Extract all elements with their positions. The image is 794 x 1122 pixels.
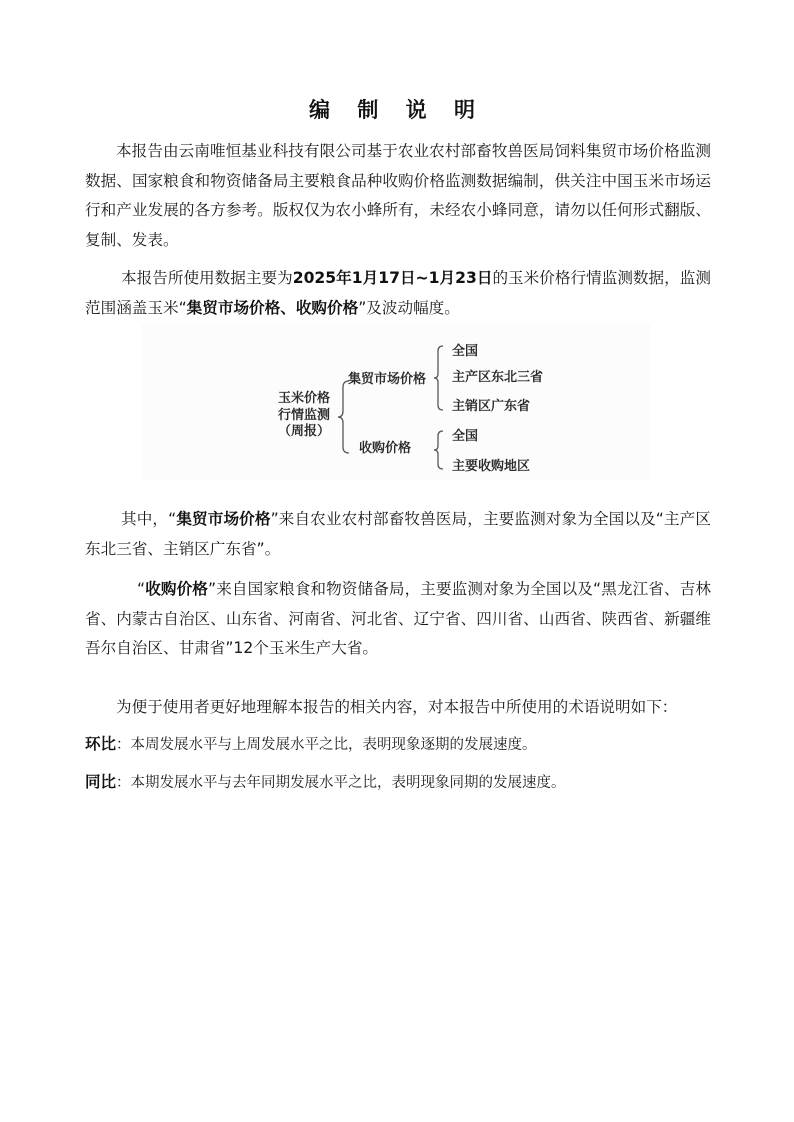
root-brace-icon bbox=[337, 380, 351, 454]
diagram-root: 玉米价格 行情监测 （周报） bbox=[271, 391, 337, 441]
scope-suffix: ”及波动幅度。 bbox=[358, 299, 460, 317]
market-source-paragraph: 其中，“集贸市场价格”来自农业农村部畜牧兽医局，主要监测对象为全国以及“主产区东… bbox=[85, 505, 711, 564]
purchase-source-bold: 收购价格 bbox=[145, 580, 208, 598]
report-page: 编 制 说 明 本报告由云南唯恒基业科技有限公司基于农业农村部畜牧兽医局饲料集贸… bbox=[0, 0, 794, 1122]
branch-purchase-price: 收购价格 bbox=[359, 441, 411, 457]
market-source-prefix: 其中，“ bbox=[121, 510, 176, 528]
intro-paragraph: 本报告由云南唯恒基业科技有限公司基于农业农村部畜牧兽医局饲料集贸市场价格监测数据… bbox=[85, 137, 711, 255]
scope-prefix: 本报告所使用数据主要为 bbox=[121, 269, 293, 287]
definition-mom: 环比：本周发展水平与上周发展水平之比，表明现象逐期的发展速度。 bbox=[85, 733, 711, 756]
diagram-root-line: （周报） bbox=[271, 424, 337, 441]
definition-text: 本周发展水平与上周发展水平之比，表明现象逐期的发展速度。 bbox=[131, 737, 537, 753]
branch-market-price: 集贸市场价格 bbox=[348, 372, 426, 388]
diagram-root-line: 行情监测 bbox=[271, 408, 337, 425]
definition-separator: ： bbox=[116, 775, 131, 791]
definition-yoy: 同比：本期发展水平与去年同期发展水平之比，表明现象同期的发展速度。 bbox=[85, 771, 711, 794]
market-source-bold: 集贸市场价格 bbox=[176, 510, 270, 528]
terms-intro-paragraph: 为便于使用者更好地理解本报告的相关内容，对本报告中所使用的术语说明如下： bbox=[85, 693, 711, 723]
market-child-northeast: 主产区东北三省 bbox=[452, 370, 543, 386]
page-title: 编 制 说 明 bbox=[0, 96, 794, 124]
scope-bold: 集贸市场价格、收购价格 bbox=[187, 299, 359, 317]
definition-term: 同比 bbox=[85, 773, 116, 791]
purchase-child-main-regions: 主要收购地区 bbox=[452, 459, 530, 475]
purchase-source-prefix: “ bbox=[137, 580, 145, 598]
definition-term: 环比 bbox=[85, 735, 116, 753]
definition-separator: ： bbox=[116, 737, 131, 753]
purchase-source-paragraph: “收购价格”来自国家粮食和物资储备局，主要监测对象为全国以及“黑龙江省、吉林省、… bbox=[85, 575, 711, 664]
date-range: 2025年1月17日~1月23日 bbox=[293, 269, 493, 287]
monitoring-structure-diagram: 玉米价格 行情监测 （周报） 集贸市场价格 收购价格 全国 主产区东北三省 主销… bbox=[141, 323, 651, 480]
market-child-guangdong: 主销区广东省 bbox=[452, 399, 530, 415]
diagram-root-line: 玉米价格 bbox=[271, 391, 337, 408]
purchase-brace-icon bbox=[433, 430, 445, 470]
scope-paragraph: 本报告所使用数据主要为2025年1月17日~1月23日的玉米价格行情监测数据，监… bbox=[85, 264, 711, 323]
purchase-child-national: 全国 bbox=[452, 429, 478, 445]
market-child-national: 全国 bbox=[452, 344, 478, 360]
definition-text: 本期发展水平与去年同期发展水平之比，表明现象同期的发展速度。 bbox=[131, 775, 566, 791]
market-brace-icon bbox=[433, 345, 445, 411]
